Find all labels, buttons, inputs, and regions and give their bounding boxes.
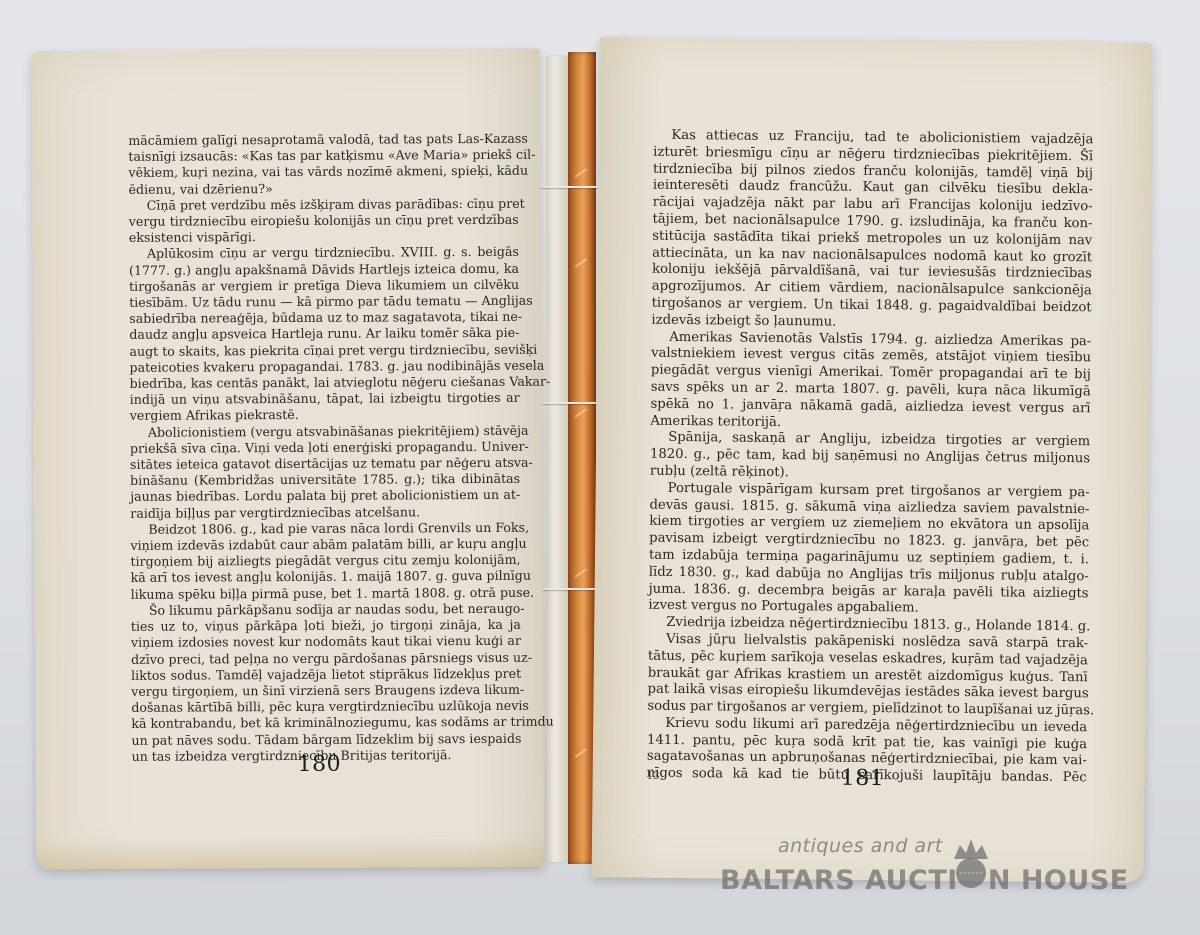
binding-thread	[540, 588, 598, 590]
text-line: daudz angļu apsveica Hartleja runu. Ar l…	[129, 325, 519, 343]
text-line: Beidzot 1806. g., kad pie varas nāca lor…	[130, 520, 520, 538]
text-line: eksistenci vispārīgi.	[129, 228, 519, 246]
text-line: ties uz to, viņus pārkāpa ļoti bieži, jo…	[131, 617, 521, 635]
text-line: liktos sodus. Tamdēļ vajadzēja lietot st…	[131, 665, 521, 683]
text-line: bināšanu (Kembridžas universitāte 1785. …	[130, 471, 520, 489]
left-page: mācāmiem galīgi nesaprotamā valodā, tad …	[32, 49, 544, 870]
spine-crease	[575, 568, 588, 578]
page-number: 180	[298, 752, 342, 777]
text-line: Abolicionistiem (vergu atsvabināšanas pi…	[130, 422, 520, 440]
binding-thread	[540, 402, 598, 404]
text-line: pateicoties kvakeru propagandai. 1783. g…	[129, 358, 519, 376]
page-stack-edge	[546, 56, 568, 862]
text-line: jaunas biedrības. Lordu palata bij pret …	[130, 487, 520, 505]
text-line: biedrība, kas centās panākt, lai atviegl…	[130, 374, 520, 392]
text-line: viņiem izdosies novest kur nodomāts kaut…	[131, 633, 521, 651]
text-line: sabiedrība nereaģēja, būdama uz to maz s…	[129, 309, 519, 327]
text-line: viņiem izdevās izdabūt caur abām palatām…	[130, 536, 520, 554]
spine-crease	[575, 168, 588, 178]
text-line: kā arī tos ievest angļu kolonijās. 1. ma…	[131, 568, 521, 586]
binding-thread	[540, 186, 598, 188]
spine-crease	[575, 408, 588, 418]
right-page: Kas attiecas uz Franciju, tad te abolici…	[592, 37, 1153, 883]
text-line: augt to skaits, kas piekrita cīņai pret …	[129, 341, 519, 359]
text-line: Šo likumu pārkāpšanu sodīja ar naudas so…	[131, 601, 521, 619]
spine-crease	[575, 258, 588, 268]
text-line: tirgoņiem bij aizliegts piegādāt vergus …	[130, 552, 520, 570]
text-line: likuma spēku biļļa pirmā puse, bet 1. ma…	[131, 584, 521, 602]
text-line: dzīvo preci, tad peļņa no vergu pārdošan…	[131, 649, 521, 667]
text-line: vergiem Afrikas piekrastē.	[130, 406, 520, 424]
text-line: (1777. g.) angļu apakšnamā Dāvids Hartle…	[129, 260, 519, 278]
text-line: vergu tirgoņiem, un šinī virzienā sers B…	[131, 682, 521, 700]
text-line: un pat nāves sodu. Tādam bārgam līdzekli…	[131, 730, 521, 748]
text-line: tirgošanās ar vergiem ir pretīga Dieva l…	[129, 277, 519, 295]
page-number: 181	[841, 766, 885, 791]
text-line: došanas kārtībā billi, pēc kuŗa vergtird…	[131, 698, 521, 716]
signature-mark: 13	[647, 771, 660, 782]
text-line: priekšā sīva cīņa. Viņi veda ļoti enerģi…	[130, 439, 520, 457]
text-line: vergu tirdzniecību eiropiešu kolonijās u…	[129, 212, 519, 230]
text-line: Aplūkosim cīņu ar vergu tirdzniecību. XV…	[129, 244, 519, 262]
spine-crease	[575, 748, 588, 758]
book-spine	[568, 52, 596, 864]
text-line: vēkiem, kuŗi nezina, vai tas vārds nozīm…	[128, 163, 518, 181]
left-page-body: mācāmiem galīgi nesaprotamā valodā, tad …	[128, 131, 521, 765]
text-line: sitātes ieteica gatavot disertācijas uz …	[130, 455, 520, 473]
text-line: kā kontrabandu, bet kā kriminālnoziegumu…	[131, 714, 521, 732]
text-line: raidīja biļļus par vergtirdzniecības atc…	[130, 503, 520, 521]
text-line: indijā un viņu atsvabināšanu, tāpat, lai…	[130, 390, 520, 408]
right-page-body: Kas attiecas uz Franciju, tad te abolici…	[647, 128, 1094, 788]
text-line: tiesībām. Uz tādu runu — kā pirmo par tā…	[129, 293, 519, 311]
